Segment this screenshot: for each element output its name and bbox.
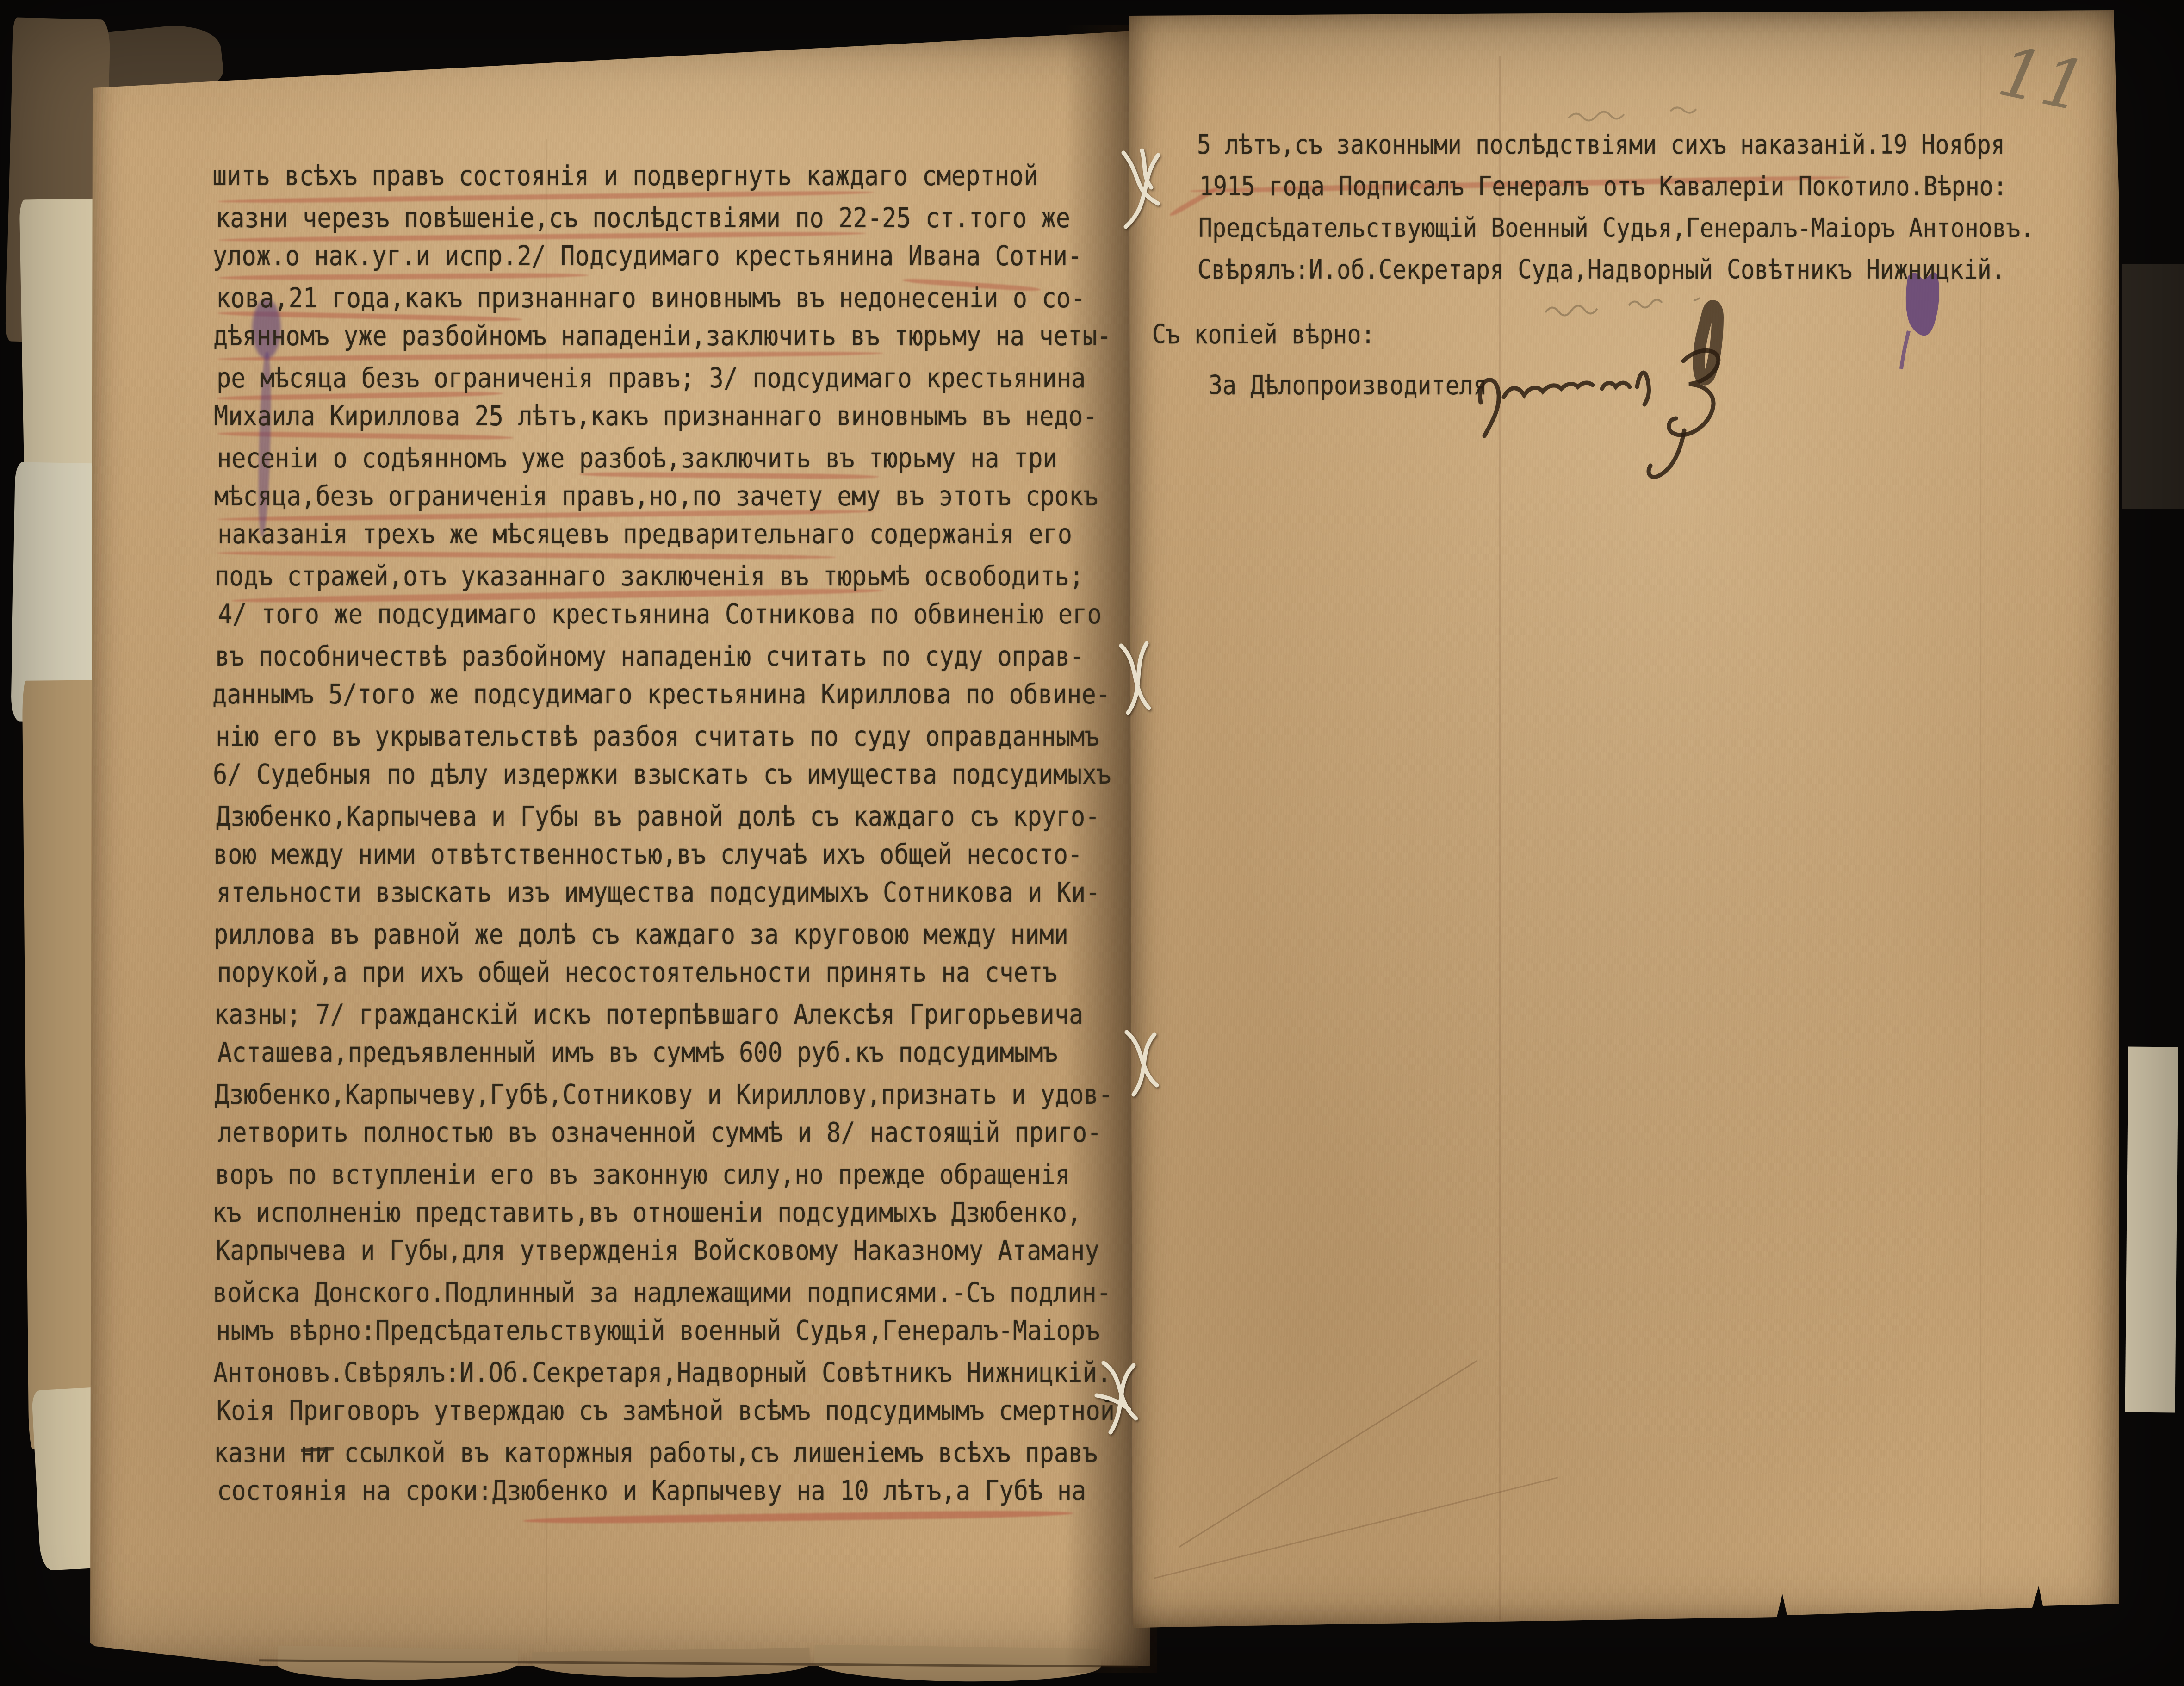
typed-line: Антоновъ.Свѣрялъ:И.Об.Секретаря,Надворны… (213, 1357, 1111, 1388)
typed-line: вою между ними отвѣтственностью,въ случа… (213, 839, 1082, 870)
archival-photo: Съ копіей вѣрно: За Дѣлопроизводителя 11… (0, 0, 2184, 1686)
typed-line: 5 лѣтъ,съ законными послѣдствіями сихъ н… (1197, 130, 2005, 160)
clerk-signature-handwriting (1467, 292, 1772, 486)
typed-line: нымъ вѣрно:Предсѣдательствующій военный … (216, 1315, 1100, 1346)
typed-line: риллова въ равной же долѣ съ каждаго за … (214, 919, 1068, 950)
typed-line: 4/ того же подсудимаго крестьянина Сотни… (218, 598, 1102, 630)
typed-line: 1915 года Подписалъ Генералъ отъ Кавалер… (1199, 171, 2007, 202)
typed-line: войска Донского.Подлинный за надлежащими… (213, 1277, 1111, 1308)
red-pencil-underline (218, 273, 589, 280)
binding-thread (1092, 1358, 1161, 1446)
typed-line: кова,21 года,какъ признаннаго виновнымъ … (216, 282, 1085, 314)
typed-line: несеніи о содѣянномъ уже разбоѣ,заключит… (217, 442, 1057, 474)
typed-line: нію его въ укрывательствѣ разбоя считать… (216, 721, 1099, 752)
typed-line: казни ни ссылкой въ каторжныя работы,съ … (214, 1437, 1098, 1468)
typed-line: состоянія на сроки:Дзюбенко и Карпычеву … (217, 1475, 1086, 1506)
folio-number-pencil: 11 (1992, 31, 2093, 127)
typed-line: ре мѣсяца безъ ограниченія правъ; 3/ под… (217, 362, 1086, 394)
binding-thread (1114, 148, 1184, 236)
red-pencil-underline (523, 1510, 1073, 1525)
binding-thread (1117, 1025, 1187, 1113)
typed-line: 6/ Судебныя по дѣлу издержки взыскать съ… (213, 759, 1111, 790)
typed-line: улож.о нак.уг.и испр.2/ Подсудимаго крес… (213, 240, 1082, 272)
typed-line: Карпычева и Губы,для утвержденія Войсков… (216, 1235, 1099, 1266)
typed-line: ятельности взыскать изъ имущества подсуд… (217, 877, 1100, 908)
typed-line: шить всѣхъ правъ состоянія и подвергнуть… (212, 160, 1038, 192)
typed-line: въ пособничествѣ разбойному нападенію сч… (215, 641, 1084, 672)
typed-line: Асташева,предъявленный имъ въ суммѣ 600 … (217, 1037, 1058, 1068)
binding-thread (1114, 639, 1184, 727)
typed-line: порукой,а при ихъ общей несостоятельност… (217, 957, 1057, 988)
typed-line: казни черезъ повѣшеніе,съ послѣдствіями … (216, 202, 1070, 234)
typed-line: Михаила Кириллова 25 лѣтъ,какъ признанна… (214, 400, 1098, 432)
red-pencil-underline (217, 351, 884, 362)
clerk-line: За Дѣлопроизводителя (1209, 370, 1487, 401)
typed-line: подъ стражей,отъ указаннаго заключенія в… (215, 560, 1084, 592)
red-pencil-underline (217, 550, 837, 560)
typed-line: Свѣрялъ:И.об.Секретаря Суда,Надворный Со… (1197, 255, 2005, 285)
typed-line: Коія Приговоръ утверждаю съ замѣной всѣм… (217, 1395, 1115, 1426)
pencil-scribble (1564, 100, 1717, 132)
typed-line: казны; 7/ гражданскій искъ потерпѣвшаго … (214, 999, 1083, 1030)
typed-line: наказанія трехъ же мѣсяцевъ предваритель… (217, 518, 1072, 550)
typed-line: Предсѣдательствующій Военный Судья,Генер… (1198, 213, 2034, 243)
typed-line: къ исполненію представить,въ отношеніи п… (212, 1197, 1081, 1228)
typed-line: даннымъ 5/того же подсудимаго крестьянин… (212, 678, 1111, 710)
typed-line: Дзюбенко,Карпычева и Губы въ равной долѣ… (216, 801, 1100, 832)
certification-line: Съ копіей вѣрно: (1152, 319, 1375, 350)
typed-line: летворить полностью въ означенной суммѣ … (218, 1117, 1102, 1148)
typed-line: Дзюбенко,Карпычеву,Губѣ,Сотникову и Кири… (215, 1079, 1113, 1110)
typed-line: мѣсяца,безъ ограниченія правъ,но,по заче… (214, 480, 1098, 512)
typed-line: воръ по вступленіи его въ законную силу,… (215, 1159, 1070, 1190)
typed-line: дѣянномъ уже разбойномъ нападеніи,заключ… (213, 320, 1111, 352)
